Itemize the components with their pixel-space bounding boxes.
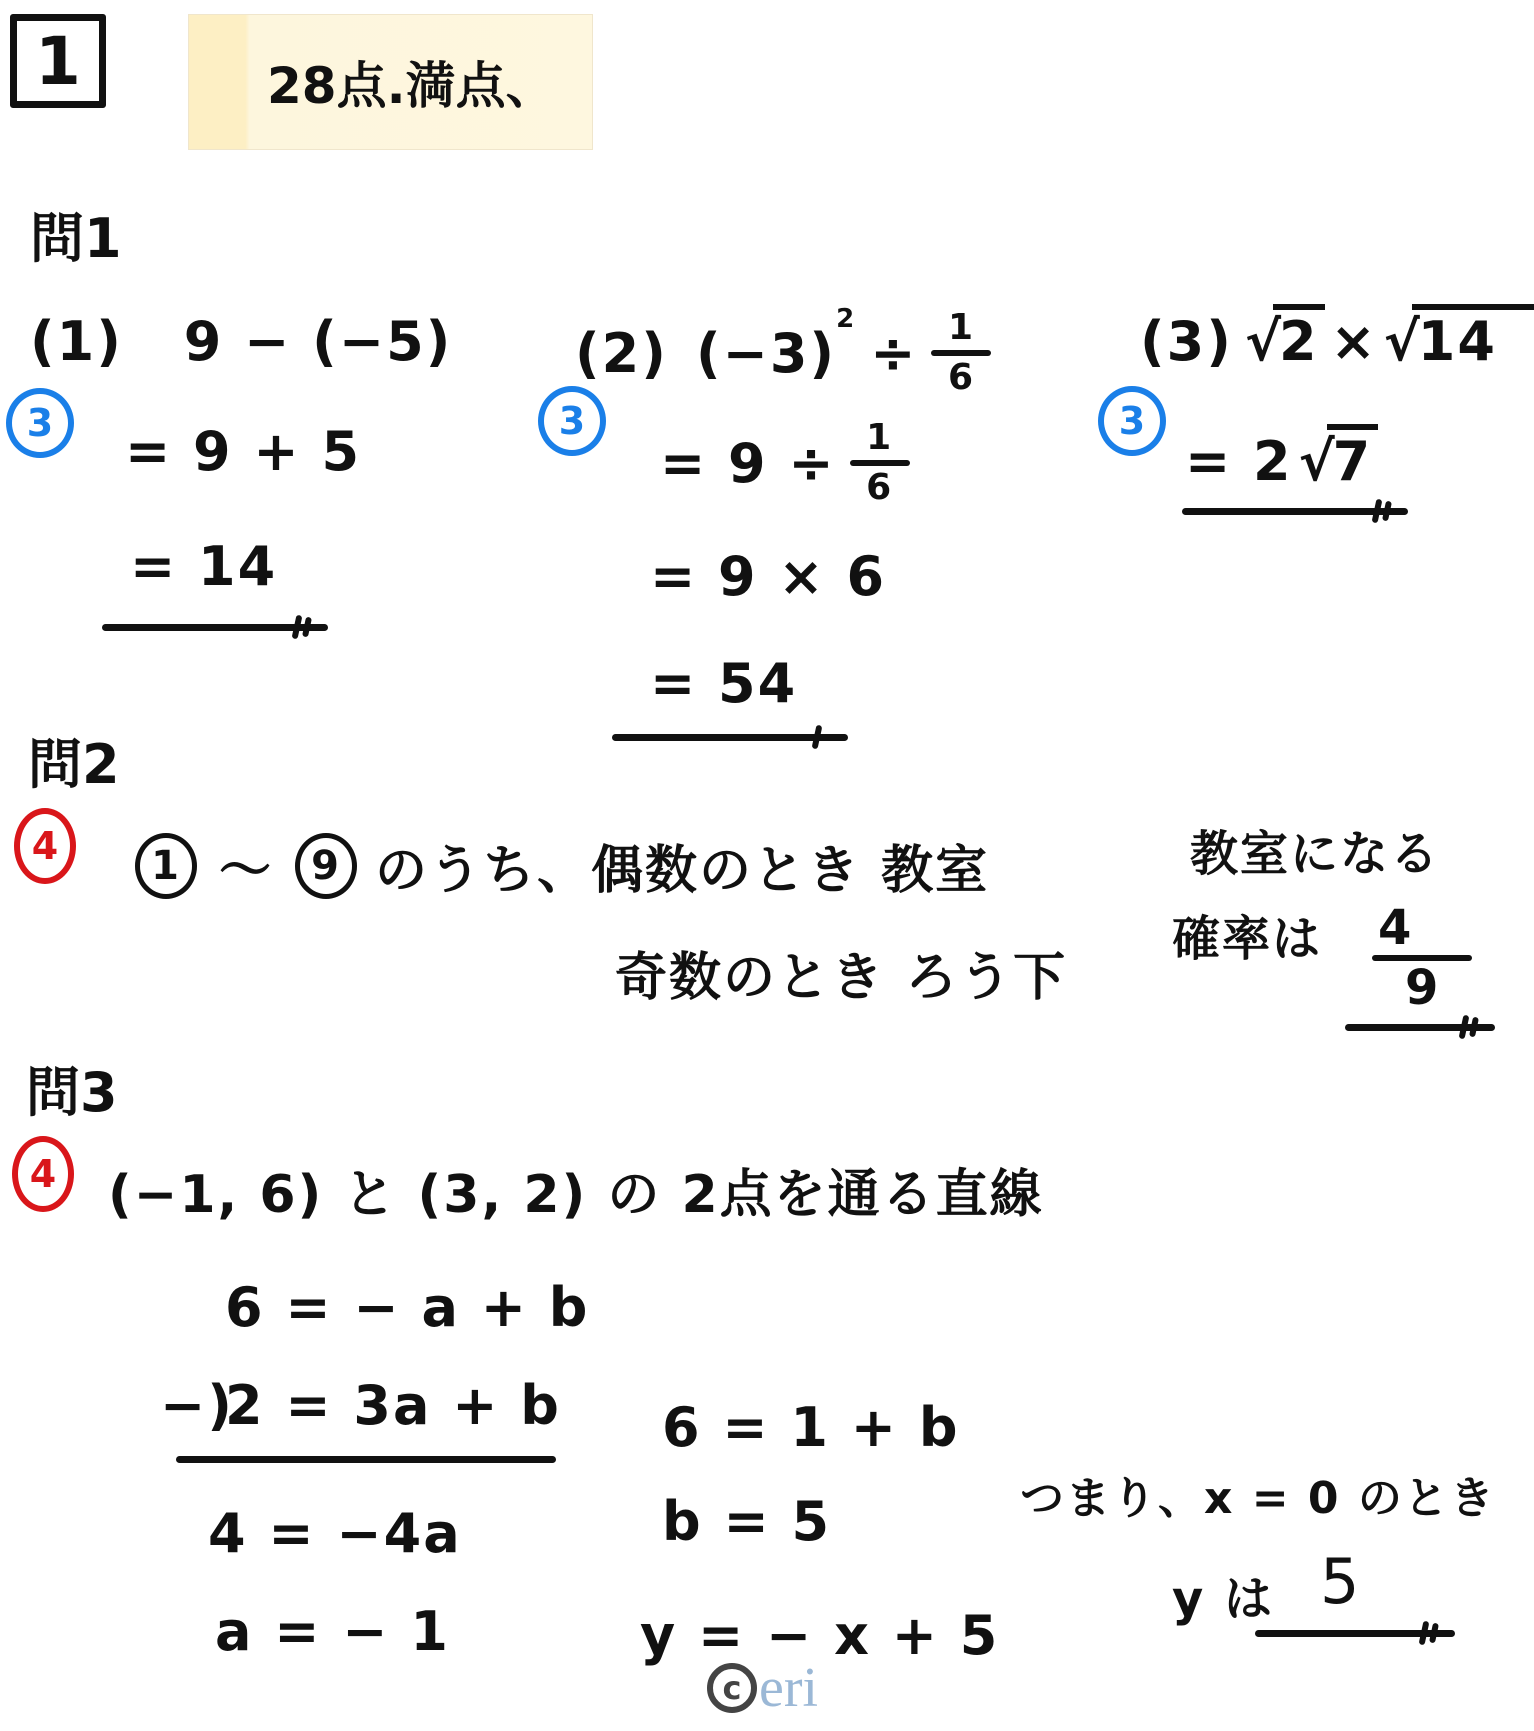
copyright-mark: c eri	[707, 1660, 818, 1716]
q1-part2-exponent: 2	[836, 304, 856, 334]
score-note: 28点.満点、	[267, 46, 556, 118]
q2-answer-numerator: 4	[1378, 900, 1413, 956]
q3-conclusion-line1: つまり、x = 0 のとき	[1020, 1462, 1496, 1526]
q3-eq2-prefix: −)	[160, 1374, 234, 1437]
q3-statement: (−1, 6) と (3, 2) の 2点を通る直線	[108, 1152, 1044, 1227]
q3-answer: 5	[1320, 1545, 1361, 1618]
fraction-bar	[931, 350, 991, 356]
score-value: 4	[30, 1152, 56, 1196]
q3-subtraction-line	[176, 1456, 556, 1463]
q1-part3-answer-underline	[1182, 508, 1408, 515]
q1-part2-fraction: 1 6	[931, 310, 991, 396]
q3-eq1: 6 = − a + b	[225, 1276, 589, 1339]
range-tilde: 〜	[219, 828, 273, 903]
q1-part1-label: (1)	[30, 310, 123, 373]
q1-part2-problem: (2) (−3) 2 ÷ 1 6	[575, 310, 991, 396]
radicand: 7	[1327, 424, 1379, 493]
q1-part1-answer-underline	[102, 624, 328, 631]
q3-sub-line3: y = − x + 5	[640, 1604, 999, 1667]
q2-heading: 問2	[28, 722, 120, 799]
q1-part2-step1: = 9 ÷ 1 6	[660, 420, 910, 506]
step1-prefix: = 9 ÷	[660, 432, 836, 495]
q3-elim-result: 4 = −4a	[208, 1502, 462, 1565]
q2-conclusion-line2: 確率は	[1172, 900, 1322, 969]
q3-score-mark: 4	[12, 1136, 74, 1212]
fraction-bar	[850, 460, 910, 466]
answer-coefficient: = 2	[1185, 430, 1293, 493]
q1-part1-score-mark: 3	[6, 388, 74, 458]
score-note-sticky: 28点.満点、	[188, 14, 593, 150]
q3-eq2: 2 = 3a + b	[225, 1374, 561, 1437]
question-number-box: 1	[10, 14, 106, 108]
q2-line1-text: のうち、偶数のとき 教室	[375, 828, 989, 903]
q2-line1: 1 〜 9 のうち、偶数のとき 教室	[135, 828, 989, 903]
score-value: 3	[559, 399, 585, 443]
q3-conclusion-line2: y は	[1172, 1560, 1274, 1629]
q2-answer-underline	[1345, 1024, 1495, 1031]
fraction-numerator: 1	[866, 420, 893, 456]
fraction-numerator: 1	[948, 310, 975, 346]
q3-a-value: a = − 1	[215, 1600, 450, 1663]
answer-sqrt: 7	[1299, 430, 1379, 493]
q1-part1-step1: = 9 + 5	[125, 420, 361, 483]
q3-heading: 問3	[26, 1050, 118, 1127]
score-value: 3	[27, 401, 53, 445]
q1-part2-op: ÷	[870, 322, 917, 385]
copyright-icon: c	[707, 1663, 757, 1713]
q3-answer-underline	[1255, 1630, 1455, 1637]
radicand: 14	[1412, 304, 1534, 373]
q1-part1-expression: 9 − (−5)	[184, 310, 453, 373]
q2-conclusion-line1: 教室になる	[1190, 815, 1440, 884]
q1-part2-base: (−3)	[696, 322, 836, 385]
circled-number-start: 1	[135, 833, 197, 899]
q1-part3-score-mark: 3	[1098, 386, 1166, 456]
q1-part2-answer-underline	[612, 734, 848, 741]
circled-number-end: 9	[295, 833, 357, 899]
q1-part3-op: ×	[1331, 310, 1378, 373]
author-name: eri	[759, 1660, 818, 1716]
q1-part3-sqrt-a: 2	[1245, 310, 1325, 373]
q3-sub-line2: b = 5	[662, 1490, 831, 1553]
q1-part2-step2: = 9 × 6	[650, 545, 886, 608]
fraction-denominator: 6	[866, 470, 893, 506]
radicand: 2	[1273, 304, 1325, 373]
q1-part3-label: (3)	[1140, 310, 1233, 373]
fraction-denominator: 6	[948, 360, 975, 396]
q2-score-mark: 4	[14, 808, 76, 884]
q3-sub-line1: 6 = 1 + b	[662, 1396, 960, 1459]
q1-part2-label: (2)	[575, 322, 668, 385]
question-number: 1	[35, 23, 81, 100]
q2-answer-denominator: 9	[1405, 960, 1440, 1016]
q1-part3-problem: (3) 2 × 14	[1140, 310, 1534, 373]
q1-part1-step2: = 14	[130, 535, 277, 598]
q1-part2-score-mark: 3	[538, 386, 606, 456]
q1-part3-sqrt-b: 14	[1384, 310, 1534, 373]
q1-part2-step3: = 54	[650, 652, 797, 715]
score-value: 4	[32, 824, 58, 868]
q1-part1-problem: (1) 9 − (−5)	[30, 310, 452, 373]
q1-heading: 問1	[30, 196, 122, 273]
q1-part3-answer: = 2 7	[1185, 430, 1378, 493]
q2-line2: 奇数のとき ろう下	[615, 935, 1067, 1010]
q1-part2-step1-fraction: 1 6	[850, 420, 910, 506]
score-value: 3	[1119, 399, 1145, 443]
